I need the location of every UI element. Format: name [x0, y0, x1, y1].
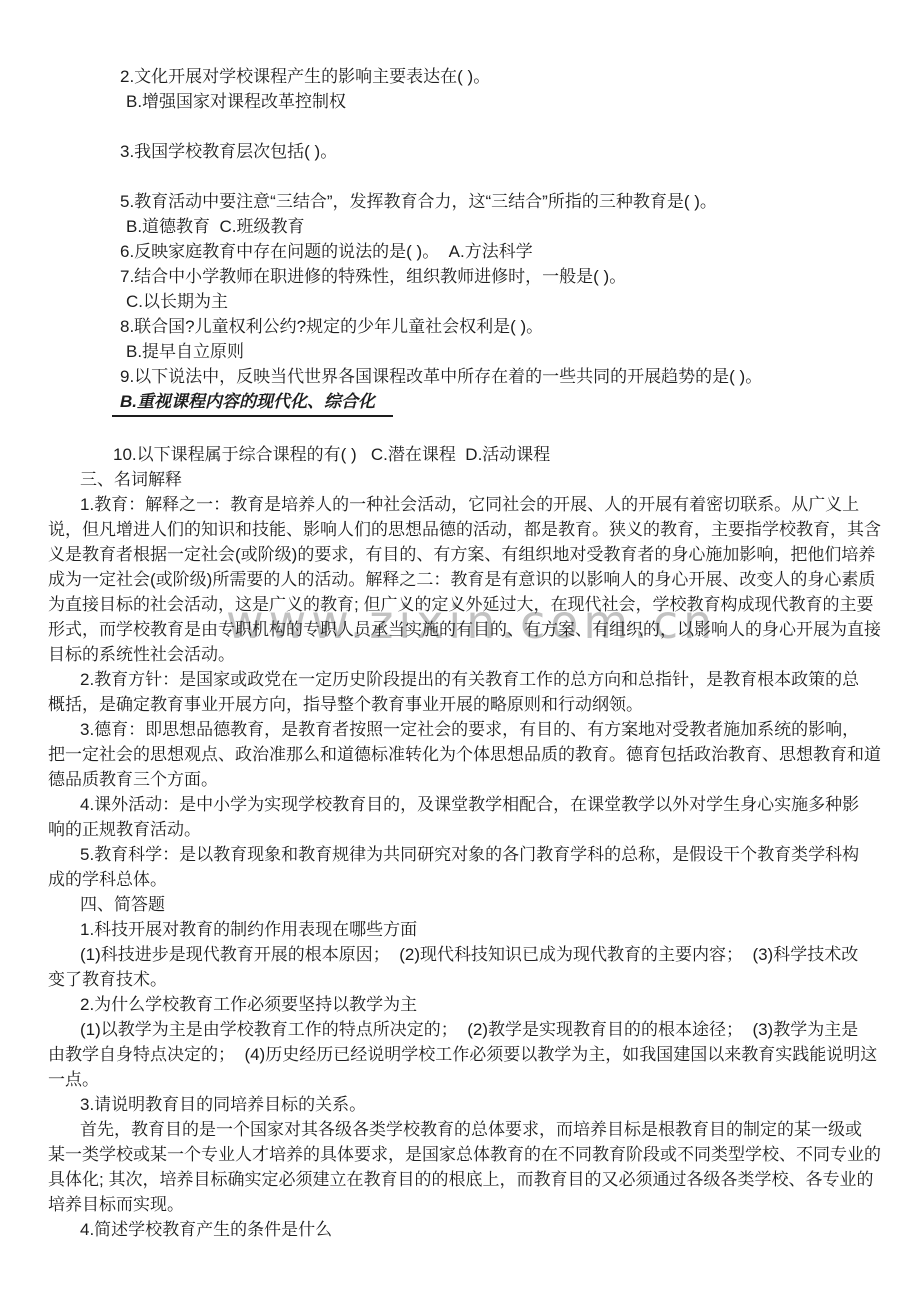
question-line-5: 5.教育活动中要注意“三结合”，发挥教育合力，这“三结合”所指的三种教育是( )… [0, 189, 920, 214]
highlighted-answer-line: B.重视课程内容的现代化、综合化 [0, 389, 920, 417]
glossary-line: 把一定社会的思想观点、政治准那么和道德标准转化为个体思想品质的教育。德育包括政治… [0, 742, 920, 767]
option-line: C.以长期为主 [0, 289, 920, 314]
glossary-line: 4.课外活动：是中小学为实现学校教育目的，及课堂教学相配合，在课堂教学以外对学生… [0, 792, 920, 817]
short-answer-line: 具体化; 其次，培养目标确实定必须建立在教育目的的根底上，而教育目的又必须通过各… [0, 1167, 920, 1192]
glossary-line: 为直接目标的社会活动，这是广义的教育; 但广义的定义外延过大，在现代社会，学校教… [0, 592, 920, 617]
question-line-10: 10.以下课程属于综合课程的有( ) C.潜在课程 D.活动课程 [0, 442, 920, 467]
question-line-8: 8.联合国?儿童权利公约?规定的少年儿童社会权利是( )。 [0, 314, 920, 339]
option-line: B.提早自立原则 [0, 339, 920, 364]
short-answer-line: 1.科技开展对教育的制约作用表现在哪些方面 [0, 917, 920, 942]
option-line: B.增强国家对课程改革控制权 [0, 89, 920, 114]
glossary-line: 目标的系统性社会活动。 [0, 642, 920, 667]
glossary-line: 成为一定社会(或阶级)所需要的人的活动。解释之二：教育是有意识的以影响人的身心开… [0, 567, 920, 592]
glossary-line: 成的学科总体。 [0, 867, 920, 892]
section-heading-glossary: 三、名词解释 [0, 467, 920, 492]
short-answer-line: 首先，教育目的是一个国家对其各级各类学校教育的总体要求，而培养目标是根教育目的制… [0, 1117, 920, 1142]
glossary-line: 义是教育者根据一定社会(或阶级)的要求，有目的、有方案、有组织地对受教育者的身心… [0, 542, 920, 567]
short-answer-line: 一点。 [0, 1067, 920, 1092]
short-answer-line: 2.为什么学校教育工作必须要坚持以教学为主 [0, 992, 920, 1017]
glossary-line: 德品质教育三个方面。 [0, 767, 920, 792]
question-line-6: 6.反映家庭教育中存在问题的说法的是( )。 A.方法科学 [0, 239, 920, 264]
short-answer-line: 3.请说明教育目的同培养目标的关系。 [0, 1092, 920, 1117]
short-answer-line: (1)以教学为主是由学校教育工作的特点所决定的； (2)教学是实现教育目的的根本… [0, 1017, 920, 1042]
short-answer-line: 4.简述学校教育产生的条件是什么 [0, 1217, 920, 1242]
option-line: B.道德教育 C.班级教育 [0, 214, 920, 239]
short-answer-line: 由教学自身特点决定的； (4)历史经历已经说明学校工作必须要以教学为主，如我国建… [0, 1042, 920, 1067]
glossary-line: 1.教育：解释之一：教育是培养人的一种社会活动，它同社会的开展、人的开展有着密切… [0, 492, 920, 517]
glossary-line: 概括，是确定教育事业开展方向，指导整个教育事业开展的略原则和行动纲领。 [0, 692, 920, 717]
glossary-line: 说，但凡增进人们的知识和技能、影响人们的思想品德的活动，都是教育。狭义的教育，主… [0, 517, 920, 542]
glossary-line: 形式，而学校教育是由专职机构的专职人员承当实施的有目的、有方案、有组织的，以影响… [0, 617, 920, 642]
question-line-2: 2.文化开展对学校课程产生的影响主要表达在( )。 [0, 64, 920, 89]
short-answer-line: 某一类学校或某一个专业人才培养的具体要求，是国家总体教育的在不同教育阶段或不同类… [0, 1142, 920, 1167]
short-answer-line: 培养目标而实现。 [0, 1192, 920, 1217]
question-line-3: 3.我国学校教育层次包括( )。 [0, 139, 920, 164]
section-heading-short-answer: 四、简答题 [0, 892, 920, 917]
answer-text: B.重视课程内容的现代化、综合化 [112, 391, 393, 417]
document-page: 2.文化开展对学校课程产生的影响主要表达在( )。 B.增强国家对课程改革控制权… [0, 0, 920, 1242]
question-line-7: 7.结合中小学教师在职进修的特殊性，组织教师进修时，一般是( )。 [0, 264, 920, 289]
short-answer-line: 变了教育技术。 [0, 967, 920, 992]
question-line-9: 9.以下说法中，反映当代世界各国课程改革中所存在着的一些共同的开展趋势的是( )… [0, 364, 920, 389]
short-answer-line: (1)科技进步是现代教育开展的根本原因； (2)现代科技知识已成为现代教育的主要… [0, 942, 920, 967]
glossary-line: 3.德育：即思想品德教育，是教育者按照一定社会的要求，有目的、有方案地对受教者施… [0, 717, 920, 742]
glossary-line: 2.教育方针：是国家或政党在一定历史阶段提出的有关教育工作的总方向和总指针，是教… [0, 667, 920, 692]
glossary-line: 5.教育科学：是以教育现象和教育规律为共同研究对象的各门教育学科的总称，是假设干… [0, 842, 920, 867]
glossary-line: 响的正规教育活动。 [0, 817, 920, 842]
